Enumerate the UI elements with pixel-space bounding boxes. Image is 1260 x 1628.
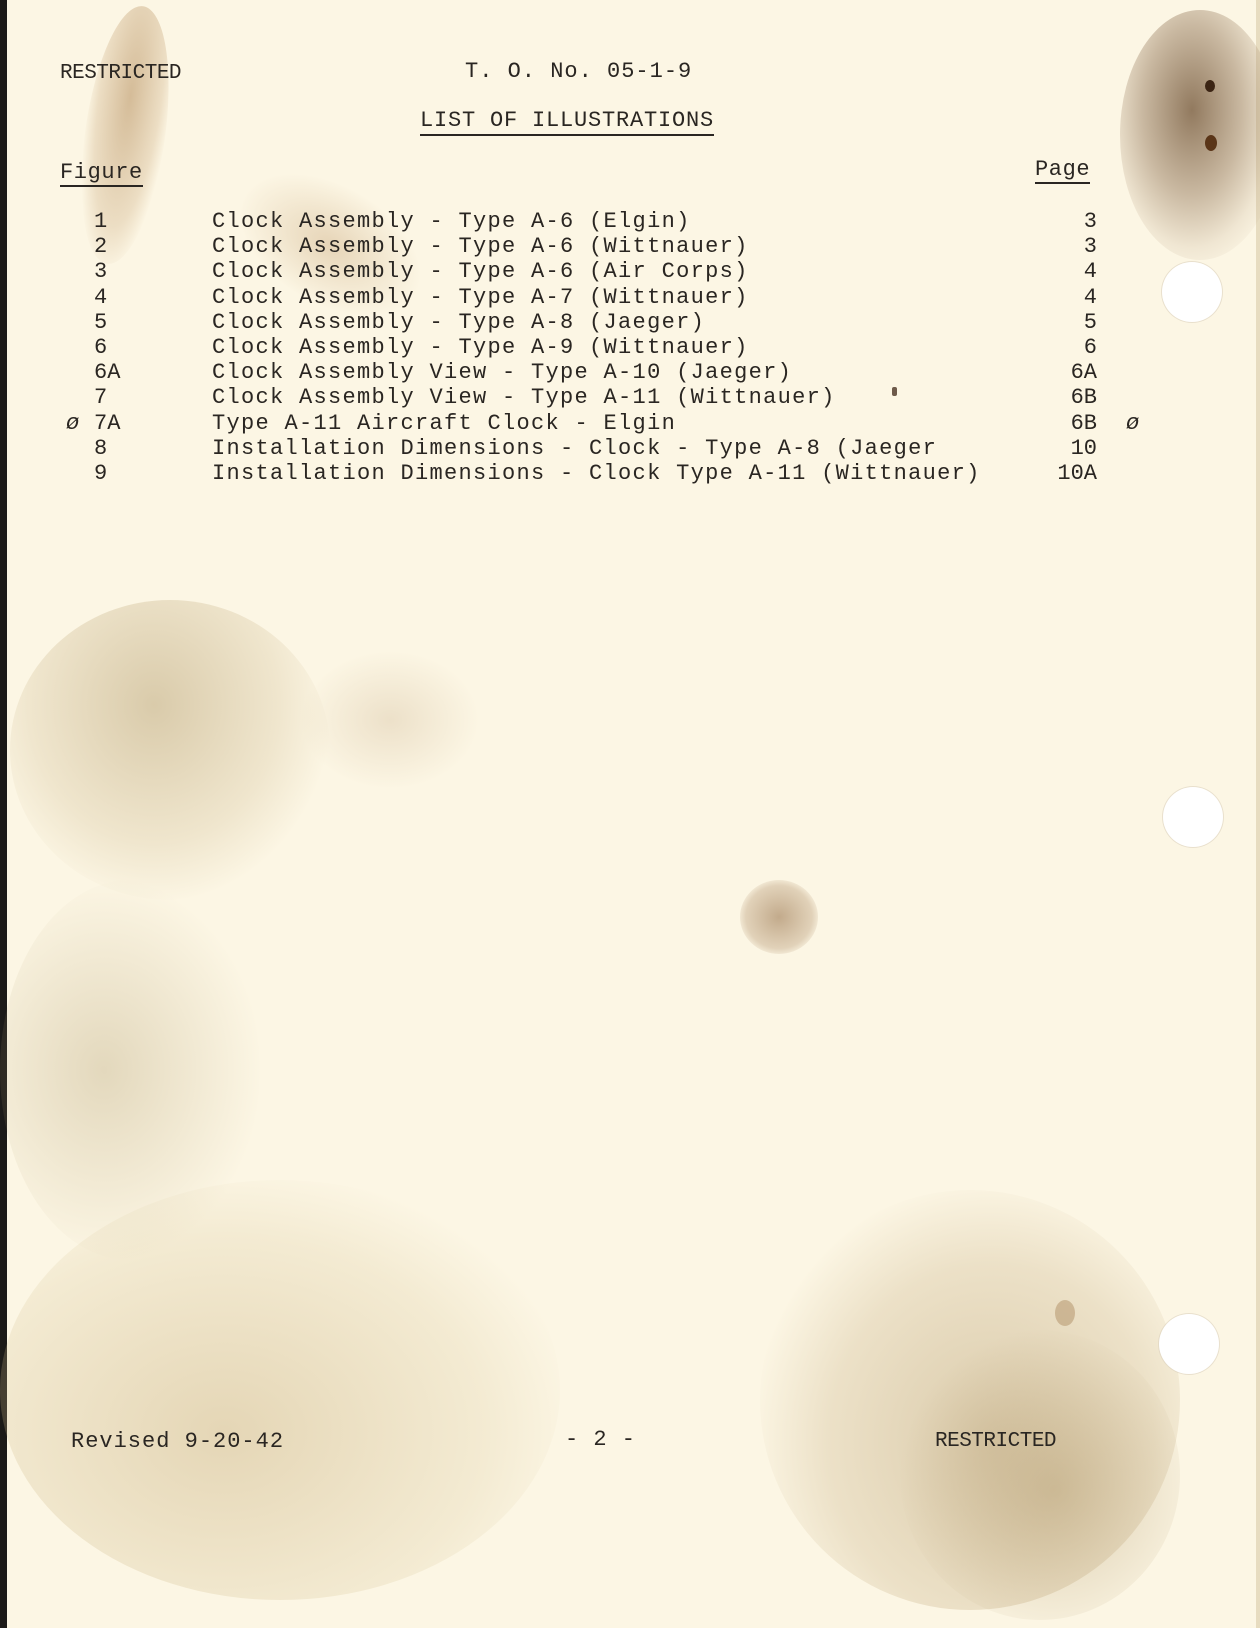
figure-number: 7	[94, 386, 107, 410]
figure-description: Clock Assembly View - Type A-10 (Jaeger)	[212, 361, 792, 385]
stain	[1055, 1300, 1075, 1326]
figure-description: Clock Assembly - Type A-6 (Wittnauer)	[212, 235, 749, 259]
stain	[0, 1180, 560, 1600]
list-item: 4Clock Assembly - Type A-7 (Wittnauer)4	[0, 286, 1260, 311]
page-reference: 4	[1084, 260, 1097, 284]
figure-number: 1	[94, 210, 107, 234]
stain	[900, 1330, 1180, 1620]
stain	[300, 650, 480, 790]
figure-number: 6	[94, 336, 107, 360]
page-reference: 6	[1084, 336, 1097, 360]
list-item: 7Clock Assembly View - Type A-11 (Wittna…	[0, 386, 1260, 411]
page-reference: 6B	[1071, 386, 1097, 410]
footer-classification: RESTRICTED	[935, 1430, 1056, 1454]
list-item: 5Clock Assembly - Type A-8 (Jaeger)5	[0, 311, 1260, 336]
page-reference: 4	[1084, 286, 1097, 310]
figure-description: Clock Assembly - Type A-6 (Elgin)	[212, 210, 691, 234]
figure-number: 4	[94, 286, 107, 310]
figure-description: Type A-11 Aircraft Clock - Elgin	[212, 412, 676, 436]
figure-description: Clock Assembly - Type A-6 (Air Corps)	[212, 260, 749, 284]
stain	[760, 1190, 1180, 1610]
figure-number: 6A	[94, 361, 120, 385]
page-reference: 5	[1084, 311, 1097, 335]
revision-date: Revised 9-20-42	[71, 1430, 284, 1454]
figure-description: Installation Dimensions - Clock - Type A…	[212, 437, 937, 461]
figure-description: Clock Assembly - Type A-8 (Jaeger)	[212, 311, 705, 335]
figure-description: Clock Assembly - Type A-9 (Wittnauer)	[212, 336, 749, 360]
column-header-figure: Figure	[60, 161, 143, 187]
page-reference: 10A	[1057, 462, 1097, 486]
list-item: 8Installation Dimensions - Clock - Type …	[0, 437, 1260, 462]
list-item: 6Clock Assembly - Type A-9 (Wittnauer)6	[0, 336, 1260, 361]
list-item: 9Installation Dimensions - Clock Type A-…	[0, 462, 1260, 487]
column-header-page: Page	[1035, 158, 1090, 184]
stain	[1205, 135, 1217, 151]
header-classification: RESTRICTED	[60, 62, 181, 86]
page-title: LIST OF ILLUSTRATIONS	[420, 109, 714, 136]
list-item: 2Clock Assembly - Type A-6 (Wittnauer)3	[0, 235, 1260, 260]
punch-hole	[1159, 1314, 1219, 1374]
stain	[0, 880, 260, 1260]
page-number: - 2 -	[565, 1428, 636, 1452]
stain	[10, 600, 330, 900]
list-item: 6AClock Assembly View - Type A-10 (Jaege…	[0, 361, 1260, 386]
document-number: T. O. No. 05-1-9	[465, 60, 692, 84]
figure-number: 3	[94, 260, 107, 284]
page-reference: 10	[1071, 437, 1097, 461]
illustrations-list: 1Clock Assembly - Type A-6 (Elgin)32Cloc…	[0, 210, 1260, 487]
list-item: 3Clock Assembly - Type A-6 (Air Corps)4	[0, 260, 1260, 285]
punch-hole	[1163, 787, 1223, 847]
figure-number: 9	[94, 462, 107, 486]
stain	[1205, 80, 1215, 92]
figure-number: 7A	[94, 412, 120, 436]
ink-speck	[892, 387, 897, 396]
list-item: 1Clock Assembly - Type A-6 (Elgin)3	[0, 210, 1260, 235]
page-reference: 6B	[1071, 412, 1097, 436]
revision-mark-left: ø	[66, 412, 79, 436]
page-reference: 3	[1084, 210, 1097, 234]
figure-number: 5	[94, 311, 107, 335]
figure-number: 2	[94, 235, 107, 259]
page-reference: 6A	[1071, 361, 1097, 385]
page-reference: 3	[1084, 235, 1097, 259]
list-item: ø7AType A-11 Aircraft Clock - Elgin6Bø	[0, 412, 1260, 437]
figure-description: Clock Assembly View - Type A-11 (Wittnau…	[212, 386, 836, 410]
stain	[740, 880, 818, 954]
figure-description: Clock Assembly - Type A-7 (Wittnauer)	[212, 286, 749, 310]
revision-mark-right: ø	[1126, 412, 1139, 436]
figure-number: 8	[94, 437, 107, 461]
figure-description: Installation Dimensions - Clock Type A-1…	[212, 462, 981, 486]
